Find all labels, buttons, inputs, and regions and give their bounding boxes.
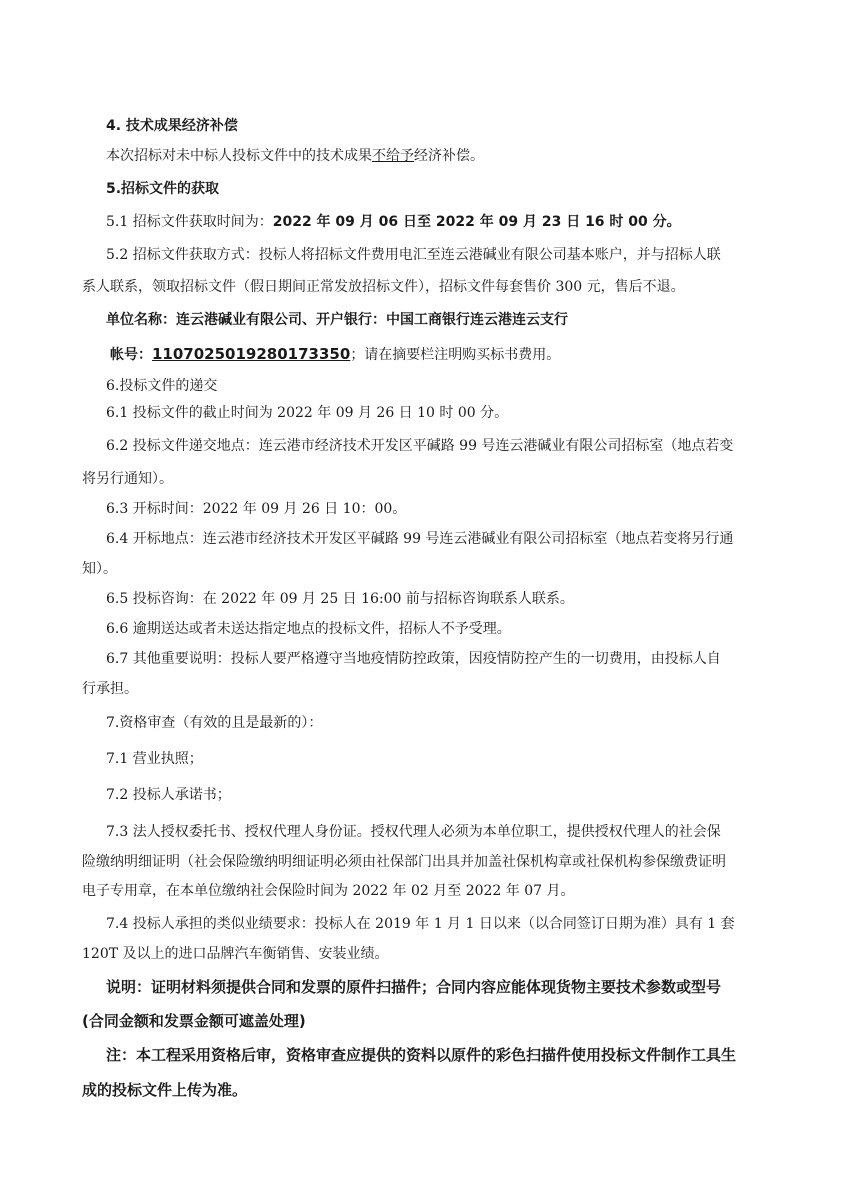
note-explanation-line2: (合同金额和发票金额可遮盖处理): [82, 1012, 306, 1030]
section-4-title: 4. 技术成果经济补偿: [106, 117, 238, 135]
section-6-5: 6.5 投标咨询：在 2022 年 09 月 25 日 16:00 前与招标咨询…: [106, 590, 574, 608]
section-6-7-line2: 行承担。: [82, 680, 138, 698]
bank-info: 单位名称：连云港碱业有限公司、开户银行：中国工商银行连云港连云支行: [106, 311, 568, 329]
section-5-1: 5.1 招标文件获取时间为：2022 年 09 月 06 日至 2022 年 0…: [106, 213, 681, 231]
section-4-body: 本次招标对未中标人投标文件中的技术成果不给予经济补偿。: [106, 147, 484, 165]
text: 经济补偿。: [414, 148, 484, 164]
section-5-title: 5.招标文件的获取: [106, 180, 219, 198]
bold-date-range: 2022 年 09 月 06 日至 2022 年 09 月 23 日 16 时 …: [273, 214, 681, 230]
section-6-2-line2: 将另行通知）。: [82, 470, 173, 488]
section-5-2-line2: 系人联系，领取招标文件（假日期间正常发放招标文件），招标文件每套售价 300 元…: [82, 278, 685, 296]
text: 本次招标对未中标人投标文件中的技术成果: [106, 148, 372, 164]
note-explanation-line1: 说明：证明材料须提供合同和发票的原件扫描件；合同内容应能体现货物主要技术参数或型…: [106, 978, 721, 996]
section-6-3: 6.3 开标时间：2022 年 09 月 26 日 10：00。: [106, 500, 406, 518]
section-7-3-line3: 电子专用章，在本单位缴纳社会保险时间为 2022 年 02 月至 2022 年 …: [82, 882, 575, 900]
text: ；请在摘要栏注明购买标书费用。: [350, 347, 560, 363]
section-7-4-line1: 7.4 投标人承担的类似业绩要求：投标人在 2019 年 1 月 1 日以来（以…: [106, 915, 735, 933]
section-7-1: 7.1 营业执照；: [106, 750, 203, 768]
section-6-7-line1: 6.7 其他重要说明：投标人要严格遵守当地疫情防控政策，因疫情防控产生的一切费用…: [106, 650, 721, 668]
note-remark-line1: 注：本工程采用资格后审，资格审查应提供的资料以原件的彩色扫描件使用投标文件制作工…: [106, 1046, 736, 1064]
section-7-2: 7.2 投标人承诺书；: [106, 786, 231, 804]
note-remark-line2: 成的投标文件上传为准。: [82, 1081, 247, 1099]
underlined-text: 不给予: [372, 148, 414, 164]
section-7-3-line1: 7.3 法人授权委托书、授权代理人身份证。授权代理人必须为本单位职工，提供授权代…: [106, 823, 721, 841]
account-line: 帐号：1107025019280173350；请在摘要栏注明购买标书费用。: [110, 345, 560, 364]
section-6-title: 6.投标文件的递交: [106, 377, 217, 395]
section-6-1: 6.1 投标文件的截止时间为 2022 年 09 月 26 日 10 时 00 …: [106, 404, 508, 422]
section-6-4-line2: 知）。: [82, 560, 117, 578]
text: 5.1 招标文件获取时间为：: [106, 214, 273, 230]
section-6-4-line1: 6.4 开标地点：连云港市经济技术开发区平碱路 99 号连云港碱业有限公司招标室…: [106, 530, 733, 548]
account-label: 帐号：: [110, 347, 152, 363]
section-6-6: 6.6 逾期送达或者未送达指定地点的投标文件，招标人不予受理。: [106, 620, 511, 638]
section-7-4-line2: 120T 及以上的进口品牌汽车衡销售、安装业绩。: [82, 945, 389, 963]
section-6-2-line1: 6.2 投标文件递交地点：连云港市经济技术开发区平碱路 99 号连云港碱业有限公…: [106, 437, 733, 455]
section-7-3-line2: 险缴纳明细证明（社会保险缴纳明细证明必须由社保部门出具并加盖社保机构章或社保机构…: [82, 853, 726, 871]
account-number: 1107025019280173350: [152, 345, 350, 363]
section-7-title: 7.资格审查（有效的且是最新的）：: [106, 714, 322, 732]
section-5-2-line1: 5.2 招标文件获取方式：投标人将招标文件费用电汇至连云港碱业有限公司基本账户，…: [106, 246, 721, 264]
